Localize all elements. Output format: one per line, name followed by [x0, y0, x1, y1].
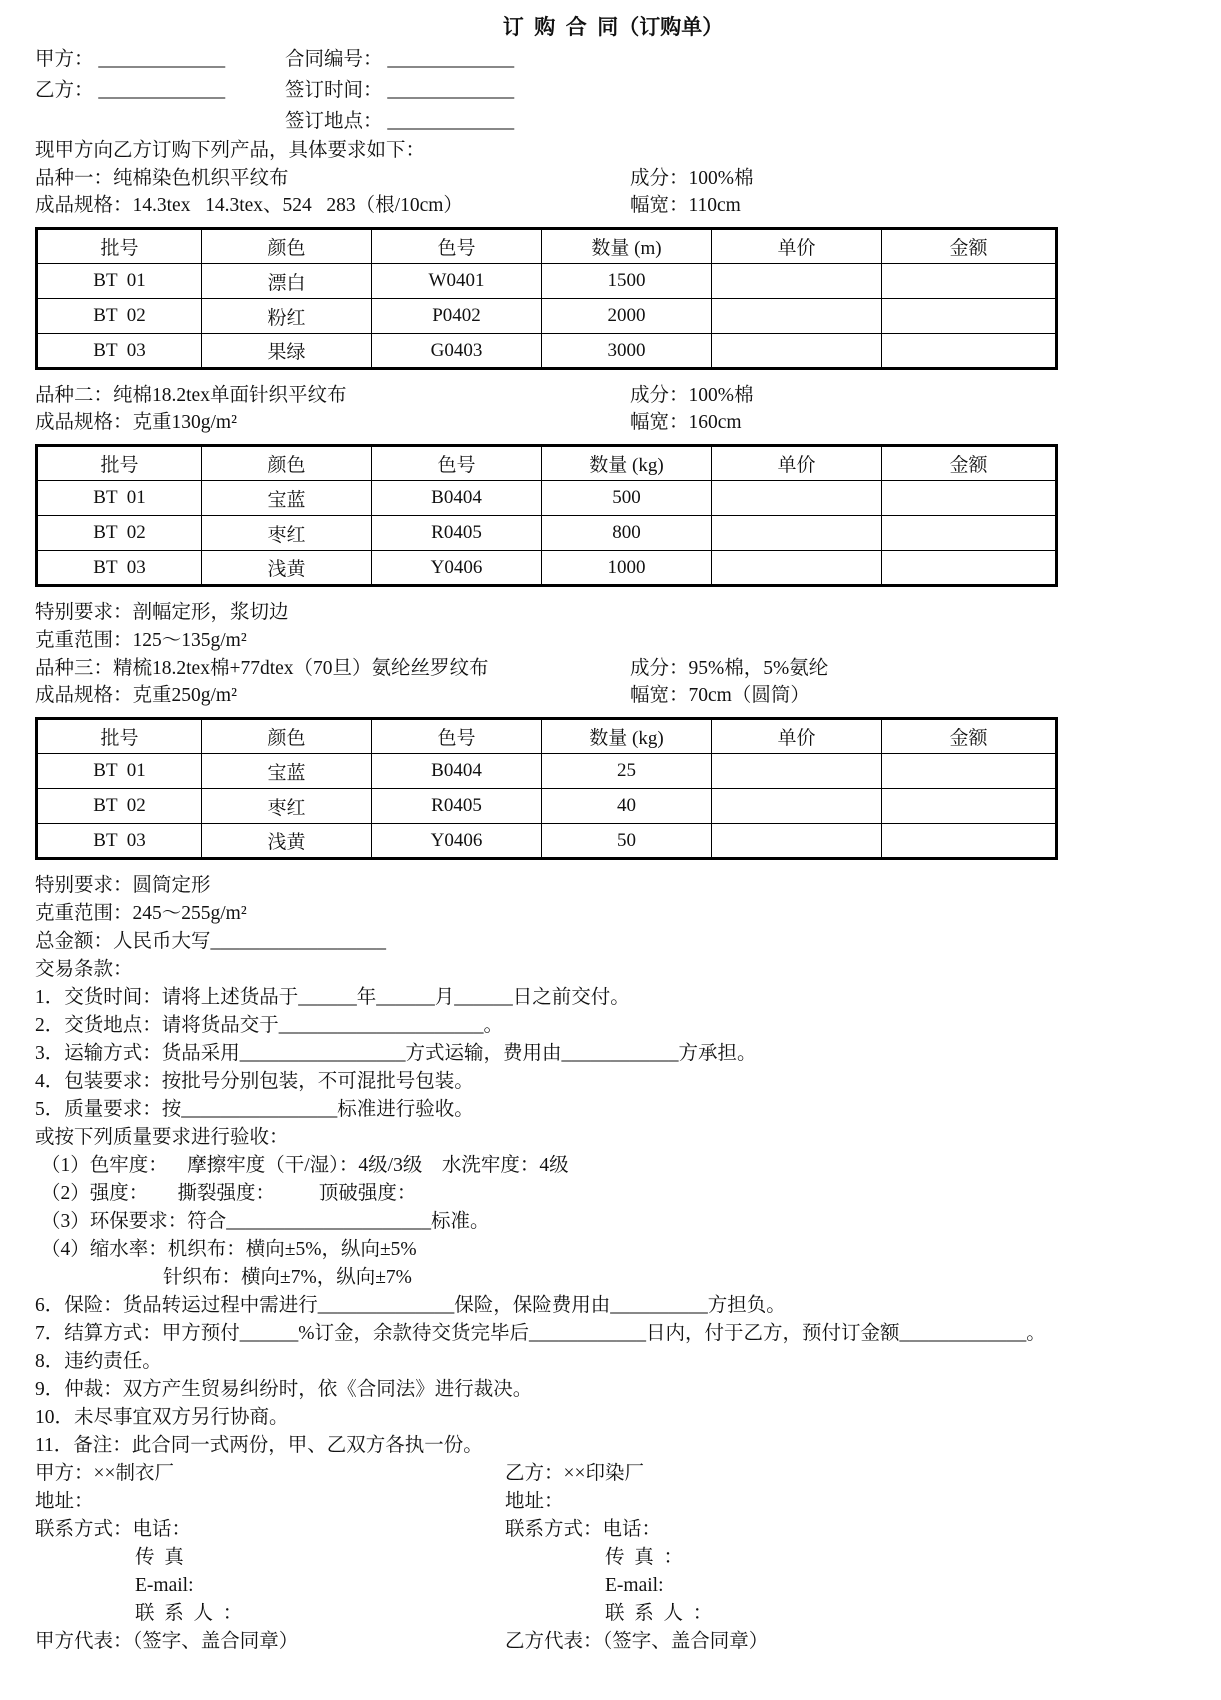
- column-header: 金额: [882, 719, 1057, 754]
- table-cell: BT 03: [37, 551, 202, 586]
- table-cell: W0401: [372, 264, 542, 299]
- term-other-matters: 10．未尽事宜双方另行协商。: [35, 1404, 1191, 1432]
- table-cell: [882, 551, 1057, 586]
- total-amount-line: 总金额：人民币大写__________________: [35, 928, 1191, 956]
- contract-header: 甲方： _____________ 乙方： _____________ 合同编号…: [35, 44, 1191, 137]
- product-3-weight-range: 克重范围：245～255g/m²: [35, 900, 1191, 928]
- term-delivery-place: 2．交货地点：请将货品交于_____________________。: [35, 1012, 1191, 1040]
- table-row: BT 03果绿G04033000: [37, 334, 1057, 369]
- table-cell: 果绿: [202, 334, 372, 369]
- product-3-spec: 成品规格：克重250g/m²: [35, 682, 630, 709]
- table-cell: 宝蓝: [202, 481, 372, 516]
- table-header-row: 批号颜色色号数量 (kg)单价金额: [37, 719, 1057, 754]
- product-3-name-row: 品种三：精梳18.2tex棉+77dtex（70旦）氨纶丝罗纹布 成分：95%棉…: [35, 655, 1191, 682]
- table-row: BT 02枣红R0405800: [37, 516, 1057, 551]
- column-header: 色号: [372, 719, 542, 754]
- table-cell: [712, 824, 882, 859]
- signature-block: 甲方：××制衣厂 地址： 联系方式：电话： 传 真 E-mail: 联 系 人 …: [35, 1460, 1191, 1656]
- table-row: BT 03浅黄Y04061000: [37, 551, 1057, 586]
- table-cell: 50: [542, 824, 712, 859]
- table-cell: Y0406: [372, 824, 542, 859]
- table-cell: 500: [542, 481, 712, 516]
- product-2-spec: 成品规格：克重130g/m²: [35, 409, 630, 436]
- party-a-contact: 联系方式：电话：: [35, 1516, 505, 1544]
- table-cell: [712, 754, 882, 789]
- table-cell: [712, 481, 882, 516]
- table-cell: BT 02: [37, 516, 202, 551]
- table-row: BT 01漂白W04011500: [37, 264, 1057, 299]
- quality-shrinkage-knit: 针织布：横向±7%，纵向±7%: [163, 1264, 1191, 1292]
- table-cell: BT 03: [37, 824, 202, 859]
- table-cell: [882, 516, 1057, 551]
- table-cell: BT 01: [37, 264, 202, 299]
- term-settlement: 7．结算方式：甲方预付______%订金，余款待交货完毕后___________…: [35, 1320, 1191, 1348]
- table-cell: BT 03: [37, 334, 202, 369]
- party-b-signature-column: 乙方：××印染厂 地址： 联系方式：电话： 传 真 ： E-mail: 联 系 …: [505, 1460, 1191, 1656]
- quality-strength: （2）强度： 撕裂强度： 顶破强度：: [41, 1180, 1191, 1208]
- column-header: 批号: [37, 719, 202, 754]
- term-breach: 8．违约责任。: [35, 1348, 1191, 1376]
- table-cell: [882, 481, 1057, 516]
- party-b-representative: 乙方代表：（签字、盖合同章）: [505, 1628, 1191, 1656]
- product-2-table: 批号颜色色号数量 (kg)单价金额BT 01宝蓝B0404500BT 02枣红R…: [35, 444, 1058, 587]
- table-cell: [712, 334, 882, 369]
- column-header: 批号: [37, 446, 202, 481]
- party-a-name: 甲方：××制衣厂: [35, 1460, 505, 1488]
- table-cell: 40: [542, 789, 712, 824]
- table-header-row: 批号颜色色号数量 (m)单价金额: [37, 229, 1057, 264]
- sign-time-blank-line: 签订时间： _____________: [285, 75, 514, 106]
- column-header: 金额: [882, 229, 1057, 264]
- table-cell: 3000: [542, 334, 712, 369]
- party-a-blank-line: 甲方： _____________: [35, 44, 285, 75]
- table-cell: 粉红: [202, 299, 372, 334]
- contract-document: 订 购 合 同（订购单） 甲方： _____________ 乙方： _____…: [0, 0, 1221, 1656]
- table-cell: 浅黄: [202, 824, 372, 859]
- table-cell: 800: [542, 516, 712, 551]
- party-a-contact-person: 联 系 人 ：: [135, 1600, 505, 1628]
- table-cell: BT 02: [37, 789, 202, 824]
- table-cell: 2000: [542, 299, 712, 334]
- table-cell: BT 02: [37, 299, 202, 334]
- product-1-spec: 成品规格：14.3tex 14.3tex、524 283（根/10cm）: [35, 192, 630, 219]
- product-3-width: 幅宽：70cm（圆筒）: [630, 682, 1191, 709]
- party-b-contact-person: 联 系 人 ：: [605, 1600, 1191, 1628]
- table-cell: Y0406: [372, 551, 542, 586]
- table-cell: [712, 789, 882, 824]
- column-header: 色号: [372, 229, 542, 264]
- table-cell: [712, 264, 882, 299]
- product-3-table: 批号颜色色号数量 (kg)单价金额BT 01宝蓝B040425BT 02枣红R0…: [35, 717, 1058, 860]
- product-1-spec-row: 成品规格：14.3tex 14.3tex、524 283（根/10cm） 幅宽：…: [35, 192, 1191, 219]
- table-cell: 枣红: [202, 789, 372, 824]
- party-a-email: E-mail:: [135, 1572, 505, 1600]
- table-cell: R0405: [372, 789, 542, 824]
- party-b-address: 地址：: [505, 1488, 1191, 1516]
- table-cell: [882, 789, 1057, 824]
- table-header-row: 批号颜色色号数量 (kg)单价金额: [37, 446, 1057, 481]
- party-b-contact: 联系方式：电话：: [505, 1516, 1191, 1544]
- table-cell: [882, 299, 1057, 334]
- table-cell: 25: [542, 754, 712, 789]
- table-row: BT 02粉红P04022000: [37, 299, 1057, 334]
- table-row: BT 01宝蓝B0404500: [37, 481, 1057, 516]
- column-header: 金额: [882, 446, 1057, 481]
- table-cell: P0402: [372, 299, 542, 334]
- product-3-spec-row: 成品规格：克重250g/m² 幅宽：70cm（圆筒）: [35, 682, 1191, 709]
- table-cell: 浅黄: [202, 551, 372, 586]
- product-1-name-row: 品种一：纯棉染色机织平纹布 成分：100%棉: [35, 165, 1191, 192]
- table-cell: [712, 299, 882, 334]
- quality-shrinkage: （4）缩水率：机织布：横向±5%，纵向±5%: [41, 1236, 1191, 1264]
- table-row: BT 01宝蓝B040425: [37, 754, 1057, 789]
- page-title: 订 购 合 同（订购单）: [35, 12, 1191, 42]
- column-header: 颜色: [202, 229, 372, 264]
- table-cell: [882, 264, 1057, 299]
- quality-color-fastness: （1）色牢度： 摩擦牢度（干/湿）：4级/3级 水洗牢度：4级: [41, 1152, 1191, 1180]
- product-1-table: 批号颜色色号数量 (m)单价金额BT 01漂白W04011500BT 02粉红P…: [35, 227, 1058, 370]
- column-header: 颜色: [202, 719, 372, 754]
- column-header: 数量 (m): [542, 229, 712, 264]
- column-header: 单价: [712, 719, 882, 754]
- column-header: 色号: [372, 446, 542, 481]
- product-3-special-requirement: 特别要求：圆筒定形: [35, 872, 1191, 900]
- contract-meta-column: 合同编号： _____________ 签订时间： _____________ …: [285, 44, 514, 137]
- party-a-signature-column: 甲方：××制衣厂 地址： 联系方式：电话： 传 真 E-mail: 联 系 人 …: [35, 1460, 505, 1656]
- table-cell: G0403: [372, 334, 542, 369]
- table-row: BT 03浅黄Y040650: [37, 824, 1057, 859]
- column-header: 数量 (kg): [542, 446, 712, 481]
- term-transport: 3．运输方式：货品采用_________________方式运输，费用由____…: [35, 1040, 1191, 1068]
- table-cell: 宝蓝: [202, 754, 372, 789]
- column-header: 单价: [712, 229, 882, 264]
- product-2-composition: 成分：100%棉: [630, 382, 1191, 409]
- party-b-name: 乙方：××印染厂: [505, 1460, 1191, 1488]
- table-cell: B0404: [372, 754, 542, 789]
- column-header: 批号: [37, 229, 202, 264]
- term-packaging: 4．包装要求：按批号分别包装，不可混批号包装。: [35, 1068, 1191, 1096]
- party-a-representative: 甲方代表：（签字、盖合同章）: [35, 1628, 505, 1656]
- table-cell: [712, 551, 882, 586]
- table-cell: 漂白: [202, 264, 372, 299]
- intro-line: 现甲方向乙方订购下列产品，具体要求如下：: [35, 137, 1191, 165]
- parties-column: 甲方： _____________ 乙方： _____________: [35, 44, 285, 137]
- term-remarks: 11．备注：此合同一式两份，甲、乙双方各执一份。: [35, 1432, 1191, 1460]
- table-cell: 1500: [542, 264, 712, 299]
- term-arbitration: 9．仲裁：双方产生贸易纠纷时，依《合同法》进行裁决。: [35, 1376, 1191, 1404]
- party-b-blank-line: 乙方： _____________: [35, 75, 285, 106]
- table-cell: B0404: [372, 481, 542, 516]
- column-header: 单价: [712, 446, 882, 481]
- product-2-spec-row: 成品规格：克重130g/m² 幅宽：160cm: [35, 409, 1191, 436]
- term-quality: 5．质量要求：按________________标准进行验收。: [35, 1096, 1191, 1124]
- party-a-fax: 传 真: [135, 1544, 505, 1572]
- table-cell: 1000: [542, 551, 712, 586]
- table-cell: 枣红: [202, 516, 372, 551]
- sign-place-blank-line: 签订地点： _____________: [285, 106, 514, 137]
- product-1-composition: 成分：100%棉: [630, 165, 1191, 192]
- term-delivery-time: 1．交货时间：请将上述货品于______年______月______日之前交付。: [35, 984, 1191, 1012]
- party-b-fax: 传 真 ：: [605, 1544, 1191, 1572]
- party-b-email: E-mail:: [605, 1572, 1191, 1600]
- term-insurance: 6．保险：货品转运过程中需进行______________保险，保险费用由___…: [35, 1292, 1191, 1320]
- table-row: BT 02枣红R040540: [37, 789, 1057, 824]
- quality-alt-title: 或按下列质量要求进行验收：: [35, 1124, 1191, 1152]
- table-cell: [882, 824, 1057, 859]
- product-2-name: 品种二：纯棉18.2tex单面针织平纹布: [35, 382, 630, 409]
- product-2-name-row: 品种二：纯棉18.2tex单面针织平纹布 成分：100%棉: [35, 382, 1191, 409]
- terms-title: 交易条款：: [35, 956, 1191, 984]
- column-header: 颜色: [202, 446, 372, 481]
- table-cell: [882, 754, 1057, 789]
- table-cell: BT 01: [37, 481, 202, 516]
- contract-no-blank-line: 合同编号： _____________: [285, 44, 514, 75]
- table-cell: [882, 334, 1057, 369]
- product-1-name: 品种一：纯棉染色机织平纹布: [35, 165, 630, 192]
- product-2-weight-range: 克重范围：125～135g/m²: [35, 627, 1191, 655]
- product-3-composition: 成分：95%棉，5%氨纶: [630, 655, 1191, 682]
- table-cell: [712, 516, 882, 551]
- product-1-width: 幅宽：110cm: [630, 192, 1191, 219]
- product-3-name: 品种三：精梳18.2tex棉+77dtex（70旦）氨纶丝罗纹布: [35, 655, 630, 682]
- product-2-special-requirement: 特别要求：剖幅定形，浆切边: [35, 599, 1191, 627]
- product-2-width: 幅宽：160cm: [630, 409, 1191, 436]
- table-cell: R0405: [372, 516, 542, 551]
- party-a-address: 地址：: [35, 1488, 505, 1516]
- column-header: 数量 (kg): [542, 719, 712, 754]
- table-cell: BT 01: [37, 754, 202, 789]
- quality-environment: （3）环保要求：符合_____________________标准。: [41, 1208, 1191, 1236]
